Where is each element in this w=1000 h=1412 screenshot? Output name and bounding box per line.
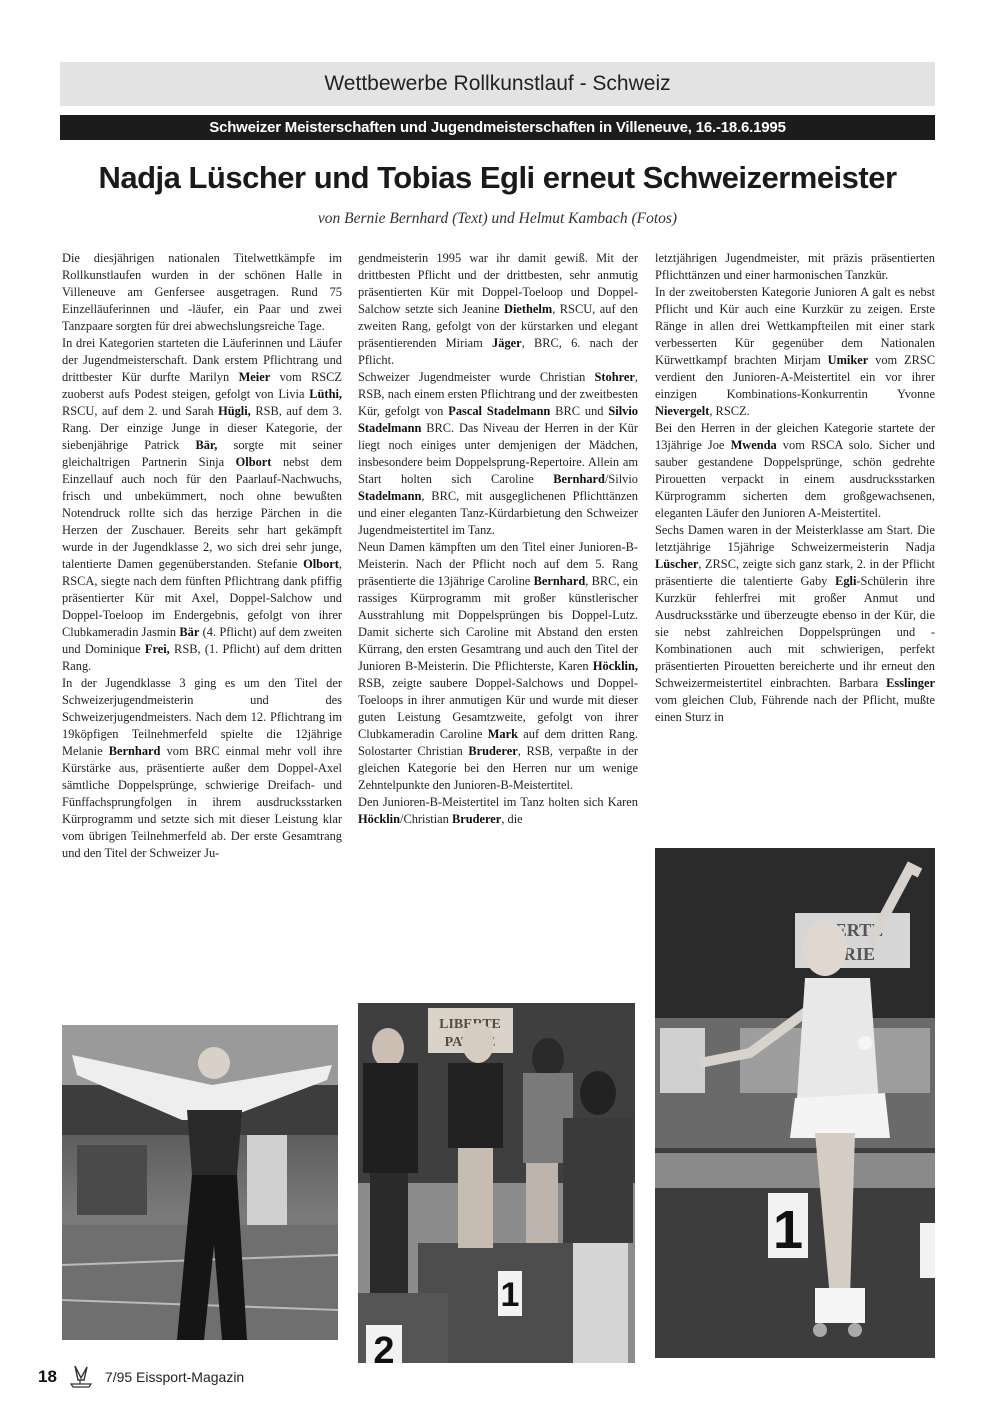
photo-female-champion: BERTE TRIE 1 xyxy=(655,848,935,1358)
athlete-name: Bär xyxy=(179,625,199,639)
text-column-1: Die diesjährigen nationalen Titelwettkäm… xyxy=(62,250,342,862)
athlete-name: Esslinger xyxy=(886,676,935,690)
text-column-2: gendmeisterin 1995 war ihr damit gewiß. … xyxy=(358,250,638,828)
article-paragraph: Den Junioren-B-Meistertitel im Tanz holt… xyxy=(358,794,638,828)
athlete-name: Bernhard xyxy=(553,472,605,486)
athlete-name: Höcklin, xyxy=(593,659,638,673)
article-paragraph: In der Jugendklasse 3 ging es um den Tit… xyxy=(62,675,342,862)
athlete-name: Stadelmann xyxy=(358,489,421,503)
event-title: Schweizer Meisterschaften und Jugendmeis… xyxy=(209,119,785,136)
athlete-name: Diethelm xyxy=(504,302,552,316)
article-paragraph: Schweizer Jugendmeister wurde Christian … xyxy=(358,369,638,539)
athlete-name: Meier xyxy=(239,370,271,384)
event-banner: Schweizer Meisterschaften und Jugendmeis… xyxy=(60,115,935,140)
article-paragraph: In der zweitobersten Kategorie Junioren … xyxy=(655,284,935,420)
page-footer: 18 7/95 Eissport-Magazin xyxy=(38,1364,244,1390)
photo-podium-ceremony: LIBERTE PATRIE 1 2 xyxy=(358,1003,635,1363)
page-number: 18 xyxy=(38,1367,57,1387)
athlete-name: Bruderer xyxy=(468,744,517,758)
athlete-name: Nievergelt xyxy=(655,404,709,418)
athlete-name: Olbort xyxy=(236,455,272,469)
athlete-name: Bär, xyxy=(195,438,217,452)
skater-figure-icon xyxy=(62,1025,338,1340)
athlete-name: Umiker xyxy=(828,353,869,367)
athlete-name: Frei, xyxy=(145,642,170,656)
athlete-name: Jäger xyxy=(492,336,522,350)
athlete-name: Bruderer xyxy=(452,812,501,826)
article-paragraph: Bei den Herren in der gleichen Kategorie… xyxy=(655,420,935,522)
svg-text:1: 1 xyxy=(501,1276,520,1314)
article-paragraph: gendmeisterin 1995 war ihr damit gewiß. … xyxy=(358,250,638,369)
section-header: Wettbewerbe Rollkunstlauf - Schweiz xyxy=(60,62,935,106)
athlete-name: Lüthi, xyxy=(309,387,342,401)
section-title: Wettbewerbe Rollkunstlauf - Schweiz xyxy=(324,72,670,96)
svg-text:2: 2 xyxy=(373,1330,394,1363)
podium-scene-icon: LIBERTE PATRIE 1 2 xyxy=(358,1003,635,1363)
athlete-name: Stohrer xyxy=(595,370,635,384)
photo-male-skater xyxy=(62,1025,338,1340)
article-paragraph: letztjährigen Jugendmeister, mit präzis … xyxy=(655,250,935,284)
magazine-issue: 7/95 Eissport-Magazin xyxy=(105,1369,244,1385)
champion-figure-icon: BERTE TRIE 1 xyxy=(655,848,935,1358)
athlete-name: Bernhard xyxy=(109,744,161,758)
athlete-name: Egli xyxy=(835,574,856,588)
athlete-name: Mark xyxy=(488,727,518,741)
article-paragraph: Neun Damen kämpften um den Titel einer J… xyxy=(358,539,638,794)
article-headline: Nadja Lüscher und Tobias Egli erneut Sch… xyxy=(60,160,935,196)
athlete-name: Mwenda xyxy=(731,438,777,452)
article-paragraph: Die diesjährigen nationalen Titelwettkäm… xyxy=(62,250,342,335)
athlete-name: Bernhard xyxy=(534,574,586,588)
article-paragraph: Sechs Damen waren in der Meisterklasse a… xyxy=(655,522,935,726)
athlete-name: Lüscher xyxy=(655,557,698,571)
article-byline: von Bernie Bernhard (Text) und Helmut Ka… xyxy=(60,210,935,228)
text-column-3: letztjährigen Jugendmeister, mit präzis … xyxy=(655,250,935,726)
article-paragraph: In drei Kategorien starteten die Läuferi… xyxy=(62,335,342,675)
athlete-name: Höcklin xyxy=(358,812,400,826)
skate-logo-icon xyxy=(67,1364,95,1390)
athlete-name: Pascal Stadelmann xyxy=(448,404,550,418)
athlete-name: Olbort xyxy=(303,557,339,571)
athlete-name: Hügli, xyxy=(218,404,251,418)
svg-text:1: 1 xyxy=(773,1200,803,1260)
